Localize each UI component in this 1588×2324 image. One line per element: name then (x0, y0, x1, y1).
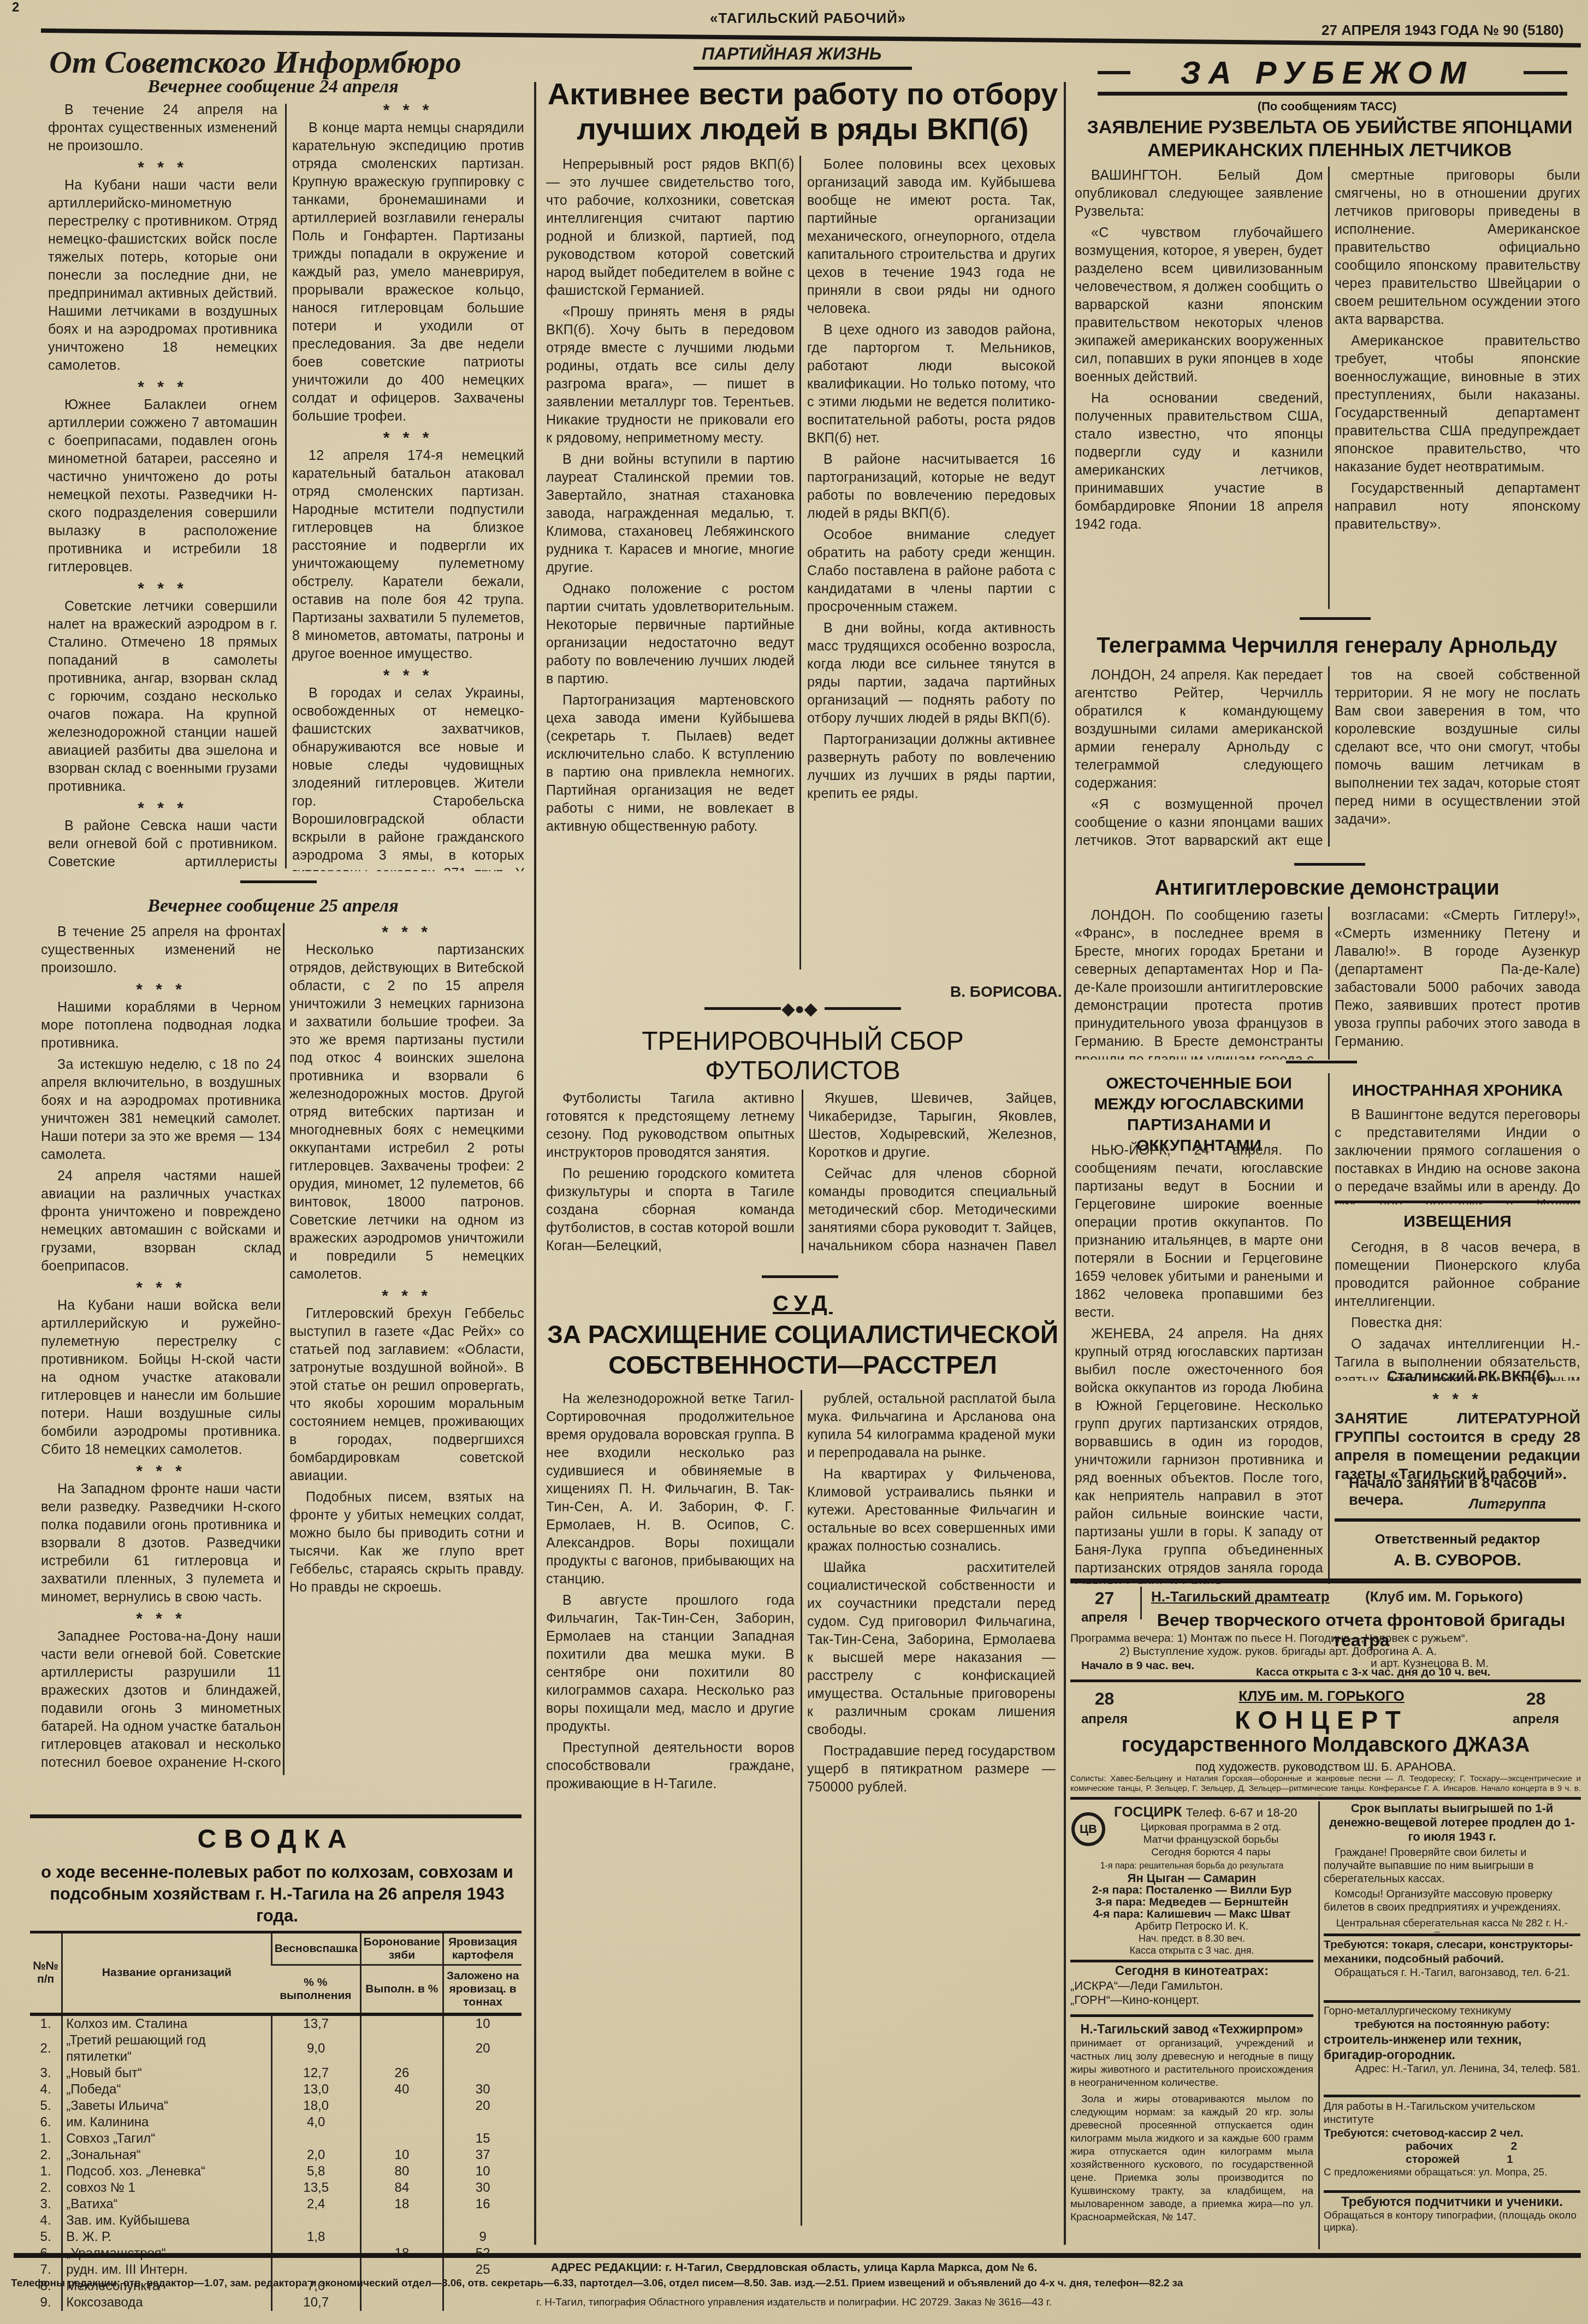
column-divider (534, 82, 536, 2245)
separator-dots: * * * (41, 1610, 281, 1628)
paragraph: В районе насчитывается 16 партогранизаци… (807, 451, 1056, 523)
row-number: 4. (30, 2081, 62, 2098)
circus-line: Матчи французской борьбы (1109, 1834, 1313, 1846)
circus-ad: ЦВ ГОСЦИРК Телеф. 6-67 и 18-20 Цирковая … (1070, 1801, 1313, 1960)
paragraph: Несколько партизанских отрядов, действую… (289, 941, 524, 1284)
theatre-venue: Н.-Тагильский драмтеатр (1151, 1588, 1330, 1605)
rubric-rule-right (1524, 71, 1567, 74)
concert-subtitle: государственного Молдавского ДЖАЗА (1070, 1734, 1581, 1757)
paragraph: Подобных писем, взятых на фронте у убиты… (289, 1488, 524, 1596)
section-rule (240, 880, 317, 883)
separator-dots: * * * (48, 579, 277, 598)
vernalization-value (443, 2213, 522, 2229)
churchill-headline: Телеграмма Черчилля генералу Арнольду (1073, 634, 1581, 658)
paragraph: Преступной деятельности воров способство… (546, 1739, 795, 1793)
tekhzhirprom-head: Н.-Тагильский завод «Техжирпром» (1070, 2021, 1313, 2037)
harrowing-value (360, 2098, 443, 2114)
vernalization-value: 10 (443, 2163, 522, 2180)
paragraph: возгласами: «Смерть Гитлеру!», «Смерть и… (1335, 907, 1580, 1051)
paragraph: Однако положение с ростом партии считать… (546, 580, 795, 688)
concert-details: Солисты: Хавес-Бельцину и Наталия Горска… (1070, 1774, 1581, 1795)
org-name: Совхоз „Тагил“ (62, 2131, 272, 2147)
agenda-label: Повестка дня: (1335, 1314, 1580, 1332)
plowing-value: 2,0 (271, 2147, 360, 2163)
concert-director: под художеств. руководством Ш. Б. АРАНОВ… (1070, 1760, 1581, 1774)
ad-rule (1070, 2014, 1313, 2017)
theatre-date-month: апреля (1070, 1610, 1139, 1625)
paragraph: За истекшую неделю, с 18 по 24 апреля вк… (41, 1056, 281, 1164)
ad-rule (1070, 1960, 1313, 1962)
paragraph: НЬЮ-ЙОРК, 24 апреля. По сообщениям печат… (1075, 1142, 1323, 1322)
teachers-institute-ad: Для работы в Н.-Тагильском учительском и… (1324, 2100, 1580, 2187)
lit-group-notice: ЗАНЯТИЕ ЛИТЕРАТУРНОЙ ГРУППЫ состоится в … (1335, 1409, 1580, 1483)
circus-line: Касса открыта с 3 час. дня. (1070, 1944, 1313, 1956)
ornament-rule-right (825, 1007, 901, 1010)
org-name: „Заветы Ильича“ (62, 2098, 272, 2114)
tekhzhirprom-text: принимает от организаций, учреждений и ч… (1070, 2037, 1313, 2090)
paragraph: рублей, остальной расплатой была мука. Ф… (807, 1390, 1056, 1462)
theatre-program-2: 2) Выступление худож. руков. бригады арт… (1119, 1645, 1437, 1658)
row-number: 5. (30, 2229, 62, 2245)
demonstrations-col2: возгласами: «Смерть Гитлеру!», «Смерть и… (1335, 907, 1580, 1060)
party-life-rubric: ПАРТИЙНАЯ ЖИЗНЬ (702, 44, 881, 64)
paragraph: В течение 25 апреля на фронтах существен… (41, 923, 281, 977)
table-row: 2.совхоз № 113,58430 (30, 2180, 522, 2196)
circus-pair: 3-я пара: Медведев — Бернштейн (1070, 1896, 1313, 1908)
meeting-signature: Сталинский РК ВКП(б). (1387, 1368, 1555, 1385)
section-rule (762, 1275, 838, 1278)
ad-rule (1324, 1933, 1580, 1936)
concert-ad: 28 апреля 28 апреля КЛУБ им. М. ГОРЬКОГО… (1070, 1683, 1581, 1795)
row-number: 2. (30, 2147, 62, 2163)
mining-line: требуются на постоянную работу: (1324, 2018, 1580, 2032)
paragraph: Южнее Балаклеи огнем артиллерии сожжено … (48, 396, 277, 576)
section-rule (1300, 617, 1371, 620)
concert-date-month-right: апреля (1502, 1712, 1570, 1727)
table-row: 1.Подсоб. хоз. „Леневка“5,88010 (30, 2163, 522, 2180)
lottery-ad: Срок выплаты выигрышей по 1-й денежно-ве… (1324, 1801, 1580, 1932)
institute-position: рабочих 2 (1324, 2140, 1580, 2153)
header-num: №№ п/п (30, 1933, 62, 2014)
paragraph: 12 апреля 174-я немецкий карательный бат… (292, 447, 524, 663)
table-row: 1.Колхоз им. Сталина13,710 (30, 2014, 522, 2032)
party-life-signature: В. БОРИСОВА. (950, 983, 1062, 1001)
evening-24-subtitle: Вечернее сообщение 24 апреля (109, 76, 437, 97)
plowing-value: 9,0 (271, 2032, 360, 2065)
paragraph: Шайка расхитителей социалистической собс… (807, 1559, 1056, 1739)
table-row: 3.„Новый быт“12,726 (30, 2065, 522, 2081)
vernalization-value (443, 2114, 522, 2131)
evening-25-col1: В течение 25 апреля на фронтах существен… (41, 923, 281, 1775)
lottery-line: Комсоды! Организуйте массовую проверку б… (1324, 1888, 1580, 1914)
churchill-col1: ЛОНДОН, 24 апреля. Как передает агентств… (1075, 666, 1323, 847)
circus-head: ГОСЦИРК Телеф. 6-67 и 18-20 (1114, 1803, 1297, 1820)
harrowing-value (360, 2114, 443, 2131)
ad-rule (1324, 2095, 1580, 2097)
paragraph: На Западном фронте наши части вели разве… (41, 1480, 281, 1606)
column-divider (1328, 666, 1330, 847)
issue-date: 27 АПРЕЛЯ 1943 ГОДА № 90 (5180) (1322, 22, 1563, 39)
org-name: „Третий решающий год пятилетки“ (62, 2032, 272, 2065)
printing-head: Требуются подчитчики и ученики. (1324, 2195, 1580, 2210)
vernalization-value: 30 (443, 2180, 522, 2196)
circus-pair: 2-я пара: Посталенко — Вилли Бур (1070, 1884, 1313, 1896)
position-name: рабочих (1406, 2140, 1453, 2152)
yugoslavia-body: НЬЮ-ЙОРК, 24 апреля. По сообщениям печат… (1075, 1142, 1323, 1584)
page-number: 2 (12, 0, 19, 15)
paragraph: Нашими кораблями в Черном море потоплена… (41, 998, 281, 1052)
paragraph: Непрерывный рост рядов ВКП(б) — это лучш… (546, 156, 795, 300)
circus-phone: Телеф. 6-67 и 18-20 (1186, 1806, 1297, 1819)
paragraph: Более половины всех цеховых организаций … (807, 156, 1056, 318)
plowing-value: 12,7 (271, 2065, 360, 2081)
paragraph: Сегодня, в 8 часов вечера, в помещении П… (1335, 1239, 1580, 1311)
column-divider (802, 1090, 803, 1253)
column-divider (283, 923, 285, 1775)
paragraph: На Кубани наши части вели артиллерийско-… (48, 176, 277, 375)
paragraph: смертные приговоры были смягчены, но в о… (1335, 167, 1580, 329)
chronicle-headline: ИНОСТРАННАЯ ХРОНИКА (1335, 1081, 1580, 1100)
paragraph: В дни войны, когда активность масс трудя… (807, 619, 1056, 728)
tekhzhirprom-text: Зола и жиры отовариваются мылом по следу… (1070, 2093, 1313, 2224)
institute-position: сторожей 1 (1324, 2153, 1580, 2166)
notices-title: ИЗВЕЩЕНИЯ (1335, 1213, 1580, 1231)
vernalization-value: 37 (443, 2147, 522, 2163)
circus-pair: 4-я пара: Калишевич — Макс Шват (1070, 1908, 1313, 1920)
theatre-program-1: Программа вечера: 1) Монтаж по пьесе Н. … (1070, 1632, 1581, 1645)
plowing-value: 1,8 (271, 2229, 360, 2245)
paragraph: На железнодорожной ветке Тагил-Сортирово… (546, 1390, 795, 1588)
paragraph: В конце марта немцы снарядили карательну… (292, 119, 524, 425)
ornament-diamonds: ◆●◆ (782, 1000, 817, 1019)
roosevelt-headline: ЗАЯВЛЕНИЕ РУЗВЕЛЬТА ОБ УБИЙСТВЕ ЯПОНЦАМИ… (1079, 116, 1581, 162)
vernalization-value: 20 (443, 2098, 522, 2114)
harrowing-value (360, 2032, 443, 2065)
paragraph: Пострадавшие перед государством ущерб в … (807, 1742, 1056, 1796)
circus-lines-bottom: 1-я пара: решительная борьба до результа… (1070, 1860, 1313, 1956)
ad-rule (1070, 1680, 1581, 1682)
ornament-rule-left (704, 1007, 781, 1010)
paragraph: Гитлеровский брехун Геббельс выступил в … (289, 1305, 524, 1485)
row-number: 6. (30, 2114, 62, 2131)
svodka-subtitle: о ходе весенне-полевых работ по колхозам… (33, 1861, 522, 1927)
ads-top-rule (1070, 1578, 1581, 1583)
editor-name: А. В. СУВОРОВ. (1335, 1551, 1580, 1570)
paragraph: «С чувством глубочайшего возмущения, кот… (1075, 224, 1323, 386)
jobs-text: Требуются: токаря, слесари, конструкторы… (1324, 1938, 1580, 1966)
row-number: 3. (30, 2065, 62, 2081)
vernalization-value: 15 (443, 2131, 522, 2147)
circus-line: Нач. предст. в 8.30 веч. (1070, 1932, 1313, 1944)
row-number: 2. (30, 2032, 62, 2065)
lottery-signature: Центральная сберегательная касса № 282 г… (1324, 1917, 1580, 1932)
section-rule (1335, 1518, 1580, 1522)
concert-date-month-left: апреля (1070, 1712, 1139, 1727)
header-harrowing: Боронование зяби (360, 1933, 443, 1965)
table-row: 4.Зав. им. Куйбышева (30, 2213, 522, 2229)
concert-venue: КЛУБ им. М. ГОРЬКОГО (1141, 1688, 1502, 1705)
paragraph: ЛОНДОН. По сообщению газеты «Франс», в п… (1075, 907, 1323, 1060)
lit-group-signature: Литгруппа (1469, 1497, 1546, 1512)
footer-address: АДРЕС РЕДАКЦИИ: г. Н-Тагил, Свердловская… (0, 2261, 1588, 2274)
printing-contact: Обращаться в контору типографии, (площад… (1324, 2210, 1580, 2234)
rubric-rule (694, 67, 912, 70)
harrowing-value (360, 2014, 443, 2032)
column-divider (801, 1390, 802, 2226)
theatre-start: Начало в 9 час. веч. (1081, 1659, 1194, 1671)
cinema-head: Сегодня в кинотеатрах: (1070, 1964, 1313, 1979)
paragraph: Американское правительство требует, чтоб… (1335, 332, 1580, 476)
org-name: „Новый быт“ (62, 2065, 272, 2081)
football-col1: Футболисты Тагила активно готовятся к пр… (546, 1090, 795, 1253)
theatre-date-day: 27 (1070, 1588, 1139, 1609)
harrowing-value: 84 (360, 2180, 443, 2196)
institute-required: Требуются: счетовод-кассир 2 чел. (1324, 2126, 1580, 2140)
football-headline: ТРЕНИРОВОЧНЫЙ СБОР ФУТБОЛИСТОВ (546, 1027, 1059, 1086)
lottery-line: Срок выплаты выигрышей по 1-й денежно-ве… (1324, 1801, 1580, 1844)
position-name: счетовод-кассир (1392, 2127, 1487, 2139)
abroad-rubric: ЗА РУБЕЖОМ (1136, 55, 1518, 91)
org-name: им. Калинина (62, 2114, 272, 2131)
separator-dots: * * * (289, 923, 524, 941)
notices-meeting: Сегодня, в 8 часов вечера, в помещении П… (1335, 1239, 1580, 1381)
mining-school-ad: Горно-металлургическому техникуму требую… (1324, 2004, 1580, 2092)
table-row: 3.„Ватиха“2,41816 (30, 2196, 522, 2213)
paragraph: В течение 24 апреля на фронтах существен… (48, 101, 277, 155)
footer-rule (14, 2253, 1581, 2258)
paragraph: Футболисты Тагила активно готовятся к пр… (546, 1090, 795, 1162)
circus-line: 1-я пара: решительная борьба до результа… (1070, 1860, 1313, 1872)
circus-line: Сегодня борются 4 пары (1109, 1846, 1313, 1859)
vernalization-value: 20 (443, 2032, 522, 2065)
editor-label: Ответственный редактор (1335, 1532, 1580, 1547)
harrowing-value (360, 2213, 443, 2229)
org-name: „Зональная“ (62, 2147, 272, 2163)
cinema-ad: Сегодня в кинотеатрах: „ИСКРА“—Леди Гами… (1070, 1964, 1313, 2013)
paragraph: В цехе одного из заводов района, где пар… (807, 321, 1056, 447)
org-name: совхоз № 1 (62, 2180, 272, 2196)
row-number: 4. (30, 2213, 62, 2229)
separator-dots: * * * (289, 1287, 524, 1305)
table-row: 2.„Зональная“2,01037 (30, 2147, 522, 2163)
paragraph: В Вашингтоне ведутся переговоры с предст… (1335, 1106, 1580, 1204)
svodka-title: СВОДКА (30, 1824, 522, 1854)
demonstrations-headline: Антигитлеровские демонстрации (1073, 877, 1581, 900)
harrowing-value (360, 2229, 443, 2245)
institute-line: Для работы в Н.-Тагильском учительском и… (1324, 2100, 1580, 2126)
roosevelt-col1: ВАШИНГТОН. Белый Дом опубликовал следующ… (1075, 167, 1323, 609)
theatre-box-office: Касса открыта с 3-х час. дня до 10 ч. ве… (1256, 1666, 1490, 1679)
harrowing-value: 18 (360, 2196, 443, 2213)
printing-ad: Требуются подчитчики и ученики. Обращать… (1324, 2195, 1580, 2244)
theatre-venue-2: (Клуб им. М. Горького) (1365, 1588, 1523, 1605)
rubric-underline (1098, 92, 1567, 96)
table-row: 6.им. Калинина4,0 (30, 2114, 522, 2131)
concert-date-day-left: 28 (1070, 1689, 1139, 1709)
rubric-rule-left (1098, 71, 1130, 74)
mining-line: строитель-инженер или техник, бригадир-о… (1324, 2032, 1580, 2062)
circus-lines-top: Цирковая программа в 2 отд. Матчи францу… (1109, 1821, 1313, 1859)
court-headline: ЗА РАСХИЩЕНИЕ СОЦИАЛИСТИЧЕСКОЙ СОБСТВЕНН… (546, 1319, 1059, 1380)
position-count: 2 (1510, 2140, 1517, 2152)
paragraph: «Прошу принять меня в ряды ВКП(б). Хочу … (546, 303, 795, 447)
paragraph: «Я с возмущенной прочел сообщение о казн… (1075, 796, 1323, 847)
row-number: 1. (30, 2131, 62, 2147)
cinema-line: „ГОРН“—Кино-концерт. (1070, 1993, 1313, 2007)
paragraph: По решению городского комитета физкульту… (546, 1165, 795, 1253)
position-name: сторожей (1406, 2153, 1460, 2166)
evening-25-subtitle: Вечернее сообщение 25 апреля (109, 896, 437, 916)
org-name: „Ватиха“ (62, 2196, 272, 2213)
plowing-value: 2,4 (271, 2196, 360, 2213)
tekhzhirprom-ad: Н.-Тагильский завод «Техжирпром» принима… (1070, 2021, 1313, 2245)
paper-name: «ТАГИЛЬСКИЙ РАБОЧИЙ» (710, 10, 906, 27)
roosevelt-col2: смертные приговоры были смягчены, но в о… (1335, 167, 1580, 609)
section-rule (30, 1814, 522, 1818)
harrowing-value (360, 2131, 443, 2147)
circus-line: Арбитр Петроско И. К. (1070, 1920, 1313, 1932)
separator-dots: * * * (41, 1279, 281, 1297)
court-rubric: СУД (546, 1292, 1059, 1316)
separator-dots: * * * (41, 980, 281, 998)
position-count: 1 (1507, 2153, 1513, 2166)
harrowing-value: 40 (360, 2081, 443, 2098)
harrowing-value: 10 (360, 2147, 443, 2163)
paragraph: ЖЕНЕВА, 24 апреля. На днях крупный отряд… (1075, 1325, 1323, 1584)
paragraph: В районе Севска наши части вели огневой … (48, 817, 277, 871)
jobs-address: Обращаться г. Н.-Тагил, вагонзавод, тел.… (1324, 1966, 1580, 1979)
paragraph: Сейчас для членов сборной команды провод… (808, 1165, 1057, 1253)
paragraph: тов на своей собственной территории. Я н… (1335, 666, 1580, 829)
section-rule (1335, 1201, 1580, 1203)
required-label: Требуются: (1324, 2127, 1389, 2139)
paragraph: На основании сведений, полученных правит… (1075, 389, 1323, 534)
column-divider (1328, 1073, 1330, 1584)
mining-line: Горно-металлургическому техникуму (1324, 2004, 1580, 2018)
paragraph: Партогранизации должны активнее разверну… (807, 731, 1056, 803)
circus-logo-icon: ЦВ (1071, 1812, 1105, 1846)
paragraph: Якушев, Шевичев, Зайцев, Чикаберидзе, Та… (808, 1090, 1057, 1162)
sovinformburo-title: От Советского Информбюро (49, 44, 519, 80)
ad-rule (1324, 2190, 1580, 2193)
plowing-value (271, 2131, 360, 2147)
circus-pair: Ян Цыган — Самарин (1070, 1872, 1313, 1884)
paragraph: Государственный департамент направил нот… (1335, 480, 1580, 534)
party-life-col2: Более половины всех цеховых организаций … (807, 156, 1056, 953)
party-life-headline: Активнее вести работу по отбору лучших л… (546, 76, 1059, 146)
separator-dots: * * * (48, 799, 277, 817)
row-number: 1. (30, 2163, 62, 2180)
newspaper-page: 2 «ТАГИЛЬСКИЙ РАБОЧИЙ» 27 АПРЕЛЯ 1943 ГО… (0, 0, 1588, 2324)
vernalization-value: 16 (443, 2196, 522, 2213)
org-name: Колхоз им. Сталина (62, 2014, 272, 2032)
footer-phones: Телефоны редакции: отв. редактор—1.07, з… (11, 2278, 1584, 2290)
chronicle-body: В Вашингтоне ведутся переговоры с предст… (1335, 1106, 1580, 1204)
plowing-value: 4,0 (271, 2114, 360, 2131)
separator-dots: * * * (292, 429, 524, 447)
paragraph: ЛОНДОН, 24 апреля. Как передает агентств… (1075, 666, 1323, 793)
paragraph: Партогранизация мартеновского цеха завод… (546, 691, 795, 836)
table-row: 5.В. Ж. Р.1,89 (30, 2229, 522, 2245)
vernalization-value: 9 (443, 2229, 522, 2245)
plowing-value: 13,7 (271, 2014, 360, 2032)
abroad-source: (По сообщениям ТАСС) (1073, 99, 1581, 114)
demonstrations-col1: ЛОНДОН. По сообщению газеты «Франс», в п… (1075, 907, 1323, 1060)
plowing-value: 13,0 (271, 2081, 360, 2098)
plowing-value (271, 2213, 360, 2229)
separator-dots: * * * (292, 666, 524, 684)
org-name: Зав. им. Куйбышева (62, 2213, 272, 2229)
theatre-ad: 27 апреля Н.-Тагильский драмтеатр (Клуб … (1070, 1584, 1581, 1671)
column-divider (799, 156, 801, 969)
row-number: 2. (30, 2180, 62, 2196)
lottery-line: Граждане! Проверяйте свои билеты и получ… (1324, 1846, 1580, 1885)
harrowing-value: 80 (360, 2163, 443, 2180)
football-col2: Якушев, Шевичев, Зайцев, Чикаберидзе, Та… (808, 1090, 1057, 1253)
footer-print: г. Н-Тагил, типография Областного управл… (0, 2297, 1588, 2309)
table-row: 4.„Победа“13,04030 (30, 2081, 522, 2098)
position-count: 2 чел. (1490, 2127, 1524, 2139)
evening-24-col1: В течение 24 апреля на фронтах существен… (48, 101, 277, 871)
paragraph: В дни войны вступили в партию лауреат Ст… (546, 451, 795, 577)
paragraph: Западнее Ростова-на-Дону наши части вели… (41, 1628, 281, 1775)
section-rule (1294, 863, 1365, 866)
churchill-col2: тов на своей собственной территории. Я н… (1335, 666, 1580, 847)
court-col1: На железнодорожной ветке Тагил-Сортирово… (546, 1390, 795, 2226)
row-number: 3. (30, 2196, 62, 2213)
org-name: В. Ж. Р. (62, 2229, 272, 2245)
header-name: Название организаций (62, 1933, 272, 2014)
table-row: 2.„Третий решающий год пятилетки“9,020 (30, 2032, 522, 2065)
column-divider (1064, 82, 1066, 2245)
row-number: 1. (30, 2014, 62, 2032)
vernalization-value: 10 (443, 2014, 522, 2032)
column-divider (1328, 907, 1330, 1060)
org-name: Подсоб. хоз. „Леневка“ (62, 2163, 272, 2180)
paragraph: Особое внимание следует обратить на рабо… (807, 526, 1056, 616)
row-number: 5. (30, 2098, 62, 2114)
circus-line: Цирковая программа в 2 отд. (1109, 1821, 1313, 1834)
column-divider (285, 104, 287, 868)
circus-name: ГОСЦИРК (1114, 1803, 1182, 1820)
vernalization-value (443, 2065, 522, 2081)
plowing-value: 5,8 (271, 2163, 360, 2180)
vernalization-value: 30 (443, 2081, 522, 2098)
party-life-col1: Непрерывный рост рядов ВКП(б) — это лучш… (546, 156, 795, 969)
plowing-value: 18,0 (271, 2098, 360, 2114)
separator-dots: * * * (292, 101, 524, 119)
evening-25-col2: * * * Несколько партизанских отрядов, де… (289, 923, 524, 1775)
org-name: „Победа“ (62, 2081, 272, 2098)
mining-address: Адрес: Н.-Тагил, ул. Ленина, 34, телеф. … (1324, 2062, 1580, 2075)
paragraph: В августе прошлого года Фильчагин, Так-Т… (546, 1592, 795, 1736)
separator-dots: * * * (48, 158, 277, 176)
column-divider (1328, 167, 1330, 609)
separator-dots: * * * (1335, 1390, 1580, 1409)
paragraph: Советские летчики совершили налет на вра… (48, 598, 277, 796)
ad-rule (1324, 2000, 1580, 2003)
table-row: 5.„Заветы Ильича“18,020 (30, 2098, 522, 2114)
header-vernalization: Яровизация картофеля (443, 1933, 522, 1965)
concert-date-day-right: 28 (1502, 1689, 1570, 1709)
table-row: 1.Совхоз „Тагил“15 (30, 2131, 522, 2147)
concert-title: КОНЦЕРТ (1141, 1705, 1502, 1735)
paragraph: 24 апреля частями нашей авиации на разли… (41, 1167, 281, 1275)
paragraph: На квартирах у Фильченова, Климовой устр… (807, 1465, 1056, 1556)
jobs-wagonzavod-ad: Требуются: токаря, слесари, конструкторы… (1324, 1938, 1580, 1992)
harrowing-value: 26 (360, 2065, 443, 2081)
separator-dots: * * * (48, 378, 277, 396)
